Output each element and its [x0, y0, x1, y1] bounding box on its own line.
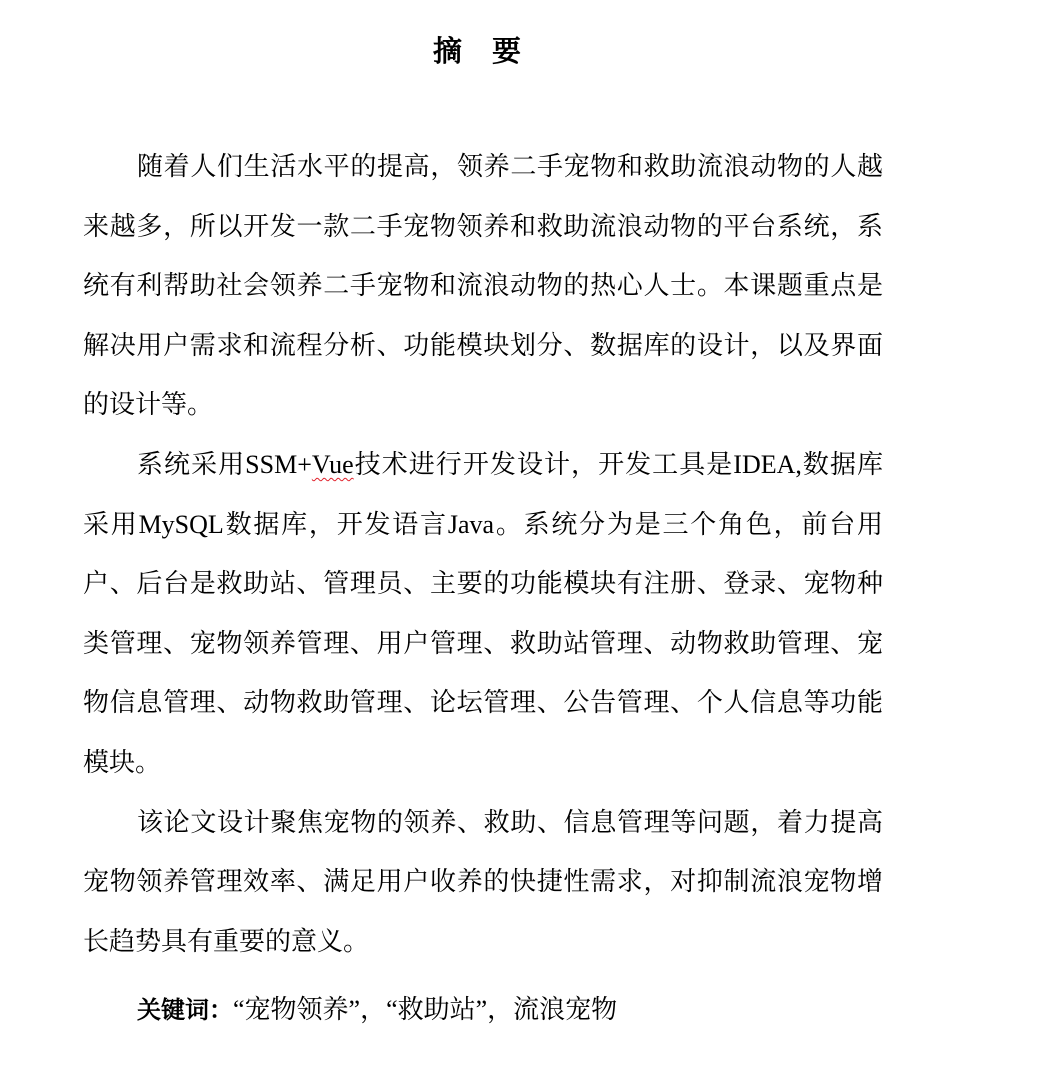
- paragraph-2-text-after: 技术进行开发设计，开发工具是IDEA,数据库采用MySQL数据库，开发语言Jav…: [83, 450, 883, 777]
- abstract-paragraph-1: 随着人们生活水平的提高，领养二手宠物和救助流浪动物的人越来越多，所以开发一款二手…: [83, 137, 883, 435]
- keywords-label: 关键词：: [137, 996, 233, 1024]
- keywords-value: “宠物领养”，“救助站”，流浪宠物: [233, 995, 617, 1024]
- paragraph-2-text-before: 系统采用SSM+: [137, 450, 312, 479]
- abstract-body: 随着人们生活水平的提高，领养二手宠物和救助流浪动物的人越来越多，所以开发一款二手…: [83, 137, 883, 971]
- abstract-paragraph-2: 系统采用SSM+Vue技术进行开发设计，开发工具是IDEA,数据库采用MySQL…: [83, 435, 883, 793]
- abstract-paragraph-3: 该论文设计聚焦宠物的领养、救助、信息管理等问题，着力提高宠物领养管理效率、满足用…: [83, 793, 883, 972]
- spellcheck-marked-word[interactable]: Vue: [312, 450, 354, 479]
- keywords-line: 关键词：“宠物领养”，“救助站”，流浪宠物: [137, 990, 617, 1030]
- page-title: 摘 要: [0, 31, 964, 71]
